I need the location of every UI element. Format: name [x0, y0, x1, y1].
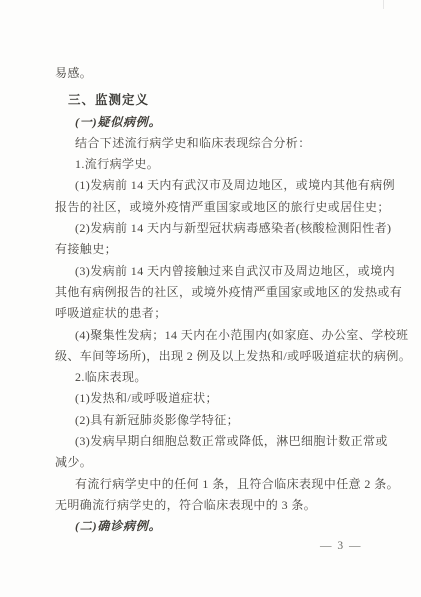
scan-artifact-line [383, 0, 384, 9]
section-heading-surveillance-definitions: 三、监测定义 [55, 90, 400, 111]
body-line: 其他有病例报告的社区，或境外疫情严重国家或地区的发热或有 [55, 282, 400, 303]
body-line: (3)发病早期白细胞总数正常或降低，淋巴细胞计数正常或 [55, 431, 400, 452]
body-line: (2)发病前 14 天内与新型冠状病毒感染者(核酸检测阳性者) [55, 218, 400, 239]
body-line: 呼吸道症状的患者； [55, 303, 400, 324]
subheading-suspected-cases: (一)疑似病例。 [55, 112, 400, 133]
body-line: 有流行病学史中的任何 1 条，且符合临床表现中任意 2 条。 [55, 474, 400, 495]
body-line: 1.流行病学史。 [55, 154, 400, 175]
page-number: — 3 — [320, 540, 362, 552]
document-text: 易感。 三、监测定义 (一)疑似病例。 结合下述流行病学史和临床表现综合分析： … [55, 63, 400, 538]
body-line: 减少。 [55, 452, 400, 473]
document-page: 易感。 三、监测定义 (一)疑似病例。 结合下述流行病学史和临床表现综合分析： … [0, 0, 421, 597]
body-line: 报告的社区，或境外疫情严重国家或地区的旅行史或居住史； [55, 197, 400, 218]
body-line: (2)具有新冠肺炎影像学特征； [55, 410, 400, 431]
body-line: (1)发热和/或呼吸道症状； [55, 388, 400, 409]
body-line: 2.临床表现。 [55, 367, 400, 388]
body-line: (3)发病前 14 天内曾接触过来自武汉市及周边地区，或境内 [55, 261, 400, 282]
body-line: (1)发病前 14 天内有武汉市及周边地区，或境内其他有病例 [55, 175, 400, 196]
body-line: 有接触史； [55, 239, 400, 260]
body-line: (4)聚集性发病；14 天内在小范围内(如家庭、办公室、学校班 [55, 325, 400, 346]
body-line-susceptible: 易感。 [55, 63, 400, 84]
body-line: 无明确流行病学史的，符合临床表现中的 3 条。 [55, 495, 400, 516]
body-line: 结合下述流行病学史和临床表现综合分析： [55, 133, 400, 154]
subheading-confirmed-cases: (二)确诊病例。 [55, 516, 400, 537]
body-line: 级、车间等场所)，出现 2 例及以上发热和/或呼吸道症状的病例。 [55, 346, 400, 367]
